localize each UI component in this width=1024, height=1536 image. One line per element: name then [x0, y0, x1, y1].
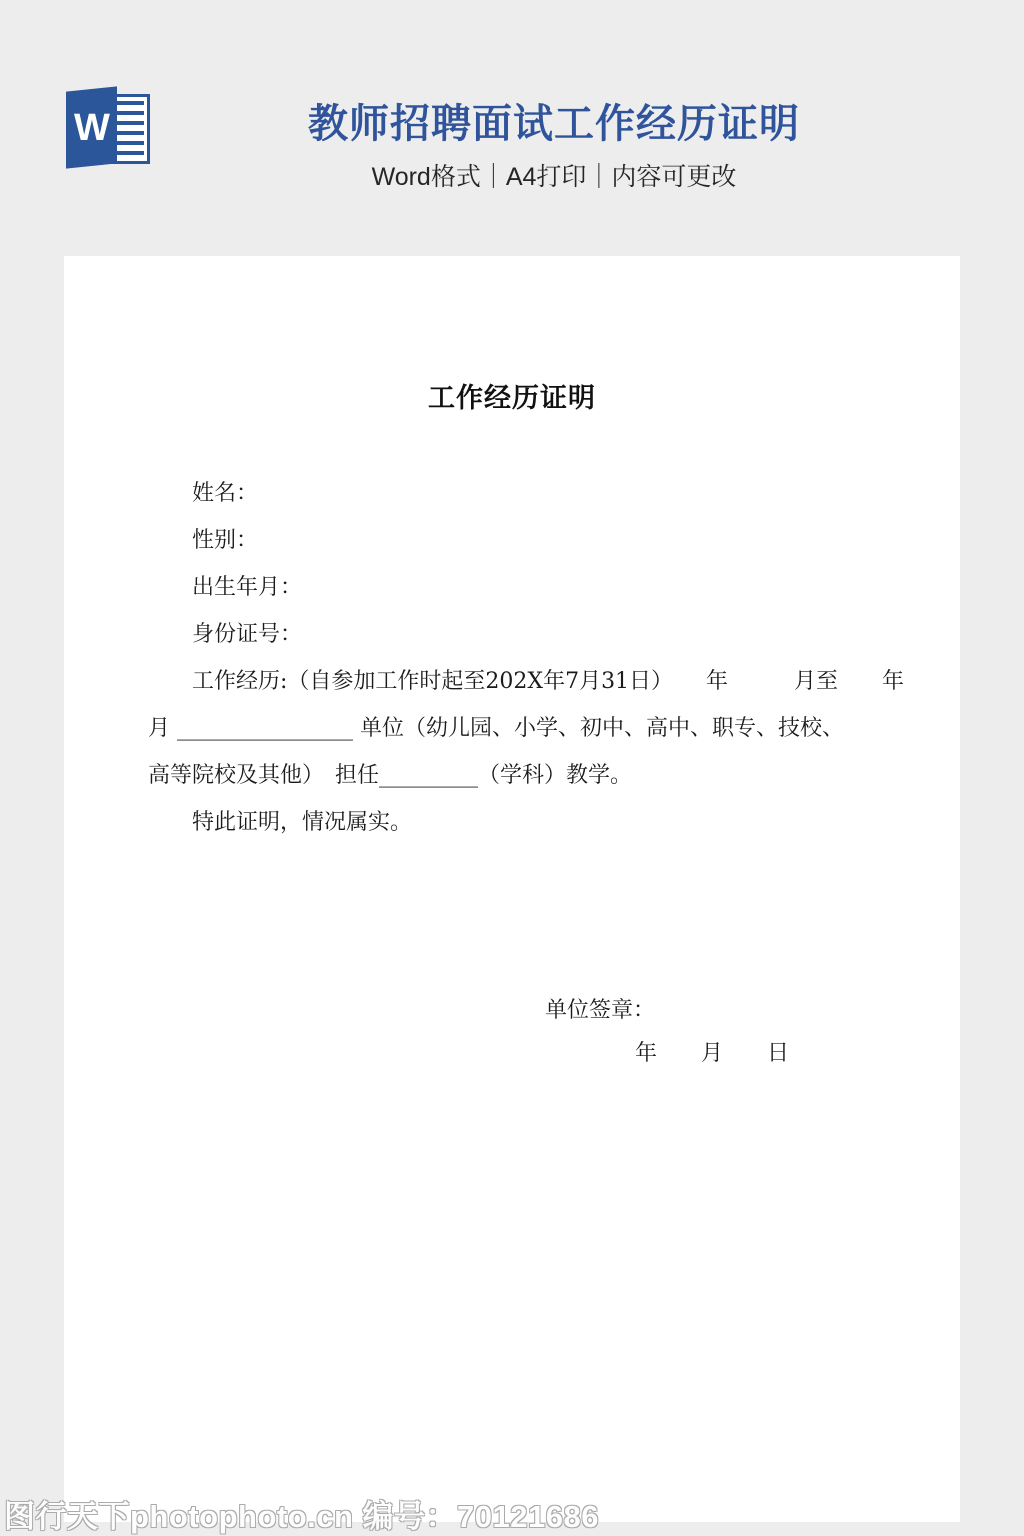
experience-line-3: 高等院校及其他） 担任_________（学科）教学。	[148, 752, 876, 799]
signature-date-line: 年 月 日	[635, 1041, 789, 1067]
experience-line-2: 月 ________________ 单位（幼儿园、小学、初中、高中、职专、技校…	[148, 705, 876, 752]
document-title: 工作经历证明	[64, 385, 960, 412]
field-gender: 性别：	[148, 517, 876, 564]
document-body: 姓名： 性别： 出生年月： 身份证号： 工作经历:（自参加工作时起至202X年7…	[148, 470, 876, 846]
site-watermark: 图行天下photophoto.cn 编号：70121686	[4, 1491, 599, 1536]
field-birth-date: 出生年月：	[148, 564, 876, 611]
field-name: 姓名：	[148, 470, 876, 517]
closing-statement: 特此证明，情况属实。	[148, 799, 876, 846]
template-title: 教师招聘面试工作经历证明	[82, 92, 1024, 149]
template-subtitle: Word格式｜A4打印｜内容可更改	[82, 157, 1024, 193]
field-id-number: 身份证号：	[148, 611, 876, 658]
document-page: 工作经历证明 姓名： 性别： 出生年月： 身份证号： 工作经历:（自参加工作时起…	[64, 256, 960, 1522]
signature-label: 单位签章：	[545, 998, 655, 1024]
experience-line-1: 工作经历:（自参加工作时起至202X年7月31日） 年 月至 年	[148, 658, 876, 705]
